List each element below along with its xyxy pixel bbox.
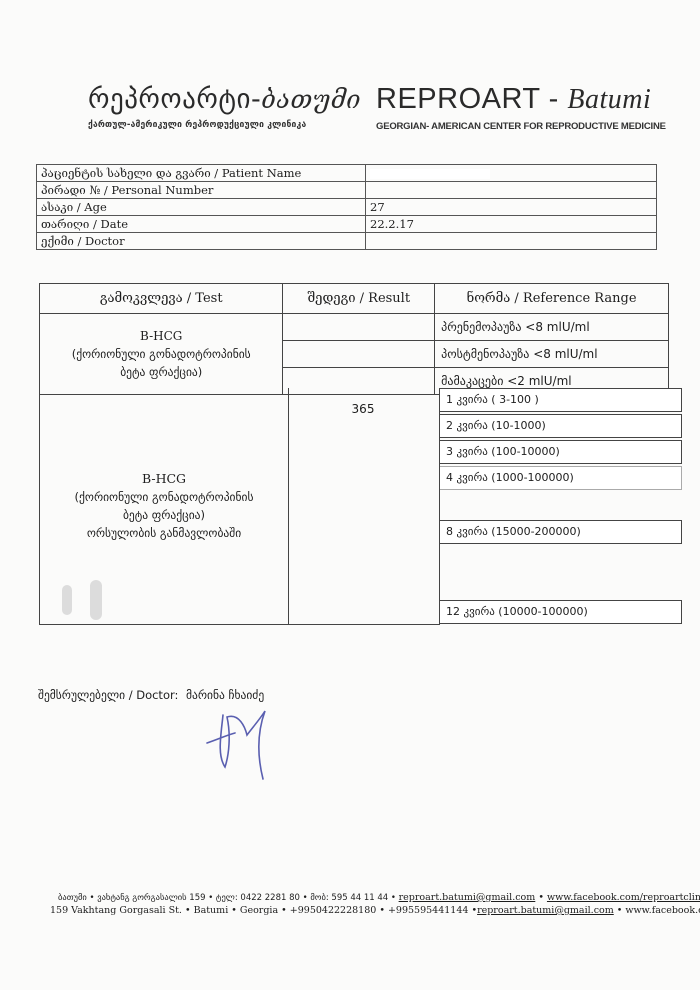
patient-name-row: პაციენტის სახელი და გვარი / Patient Name <box>37 165 657 182</box>
test-cell-bhcg-pregnancy: B-HCG (ქორიონული გონადოტროპინის ბეტა ფრა… <box>39 388 289 625</box>
footer-facebook-link[interactable]: www.facebook.com/reproartclinic <box>547 892 700 903</box>
footer-address-ka: ბათუმი • ვახტანგ გორგასალის 159 • ტელ: 0… <box>58 893 399 903</box>
test-desc: ორსულობის განმავლობაში <box>75 524 254 542</box>
performed-by: შემსრულებელი / Doctor: მარინა ჩხაიძე <box>38 688 264 702</box>
personal-number-label: პირადი № / Personal Number <box>37 182 366 199</box>
date-label: თარიღი / Date <box>37 216 366 233</box>
header-test: გამოკვლევა / Test <box>40 284 283 314</box>
ink-smudge <box>90 580 102 620</box>
footer-email-link[interactable]: reproart.batumi@gmail.com <box>399 892 536 903</box>
range-cell: პოსტმენოპაუზა <8 mlU/ml <box>435 341 669 368</box>
doctor-value <box>366 233 657 250</box>
result-value: 365 <box>287 388 439 416</box>
range-cell: პრენემოპაუზა <8 mlU/ml <box>435 314 669 341</box>
patient-name-label: პაციენტის სახელი და გვარი / Patient Name <box>37 165 366 182</box>
test-desc: (ქორიონული გონადოტროპინის <box>75 488 254 506</box>
range-week-8: 8 კვირა (15000-200000) <box>440 520 682 544</box>
table-row: B-HCG (ქორიონული გონადოტროპინის ბეტა ფრა… <box>40 314 669 341</box>
logo-english: REPROART - Batumi <box>376 83 651 116</box>
range-week-3: 3 კვირა (100-10000) <box>440 440 682 464</box>
range-week-12: 12 კვირა (10000-100000) <box>440 600 682 624</box>
footer-facebook-link[interactable]: www.facebook.com/reproartclinic <box>625 905 700 916</box>
handwritten-signature <box>205 705 275 785</box>
range-week-2: 2 კვირა (10-1000) <box>440 414 682 438</box>
logo-georgian-main: რეპროარტი- <box>88 84 261 115</box>
test-desc: (ქორიონული გონადოტროპინის <box>41 345 281 363</box>
logo-english-city: Batumi <box>567 84 651 115</box>
header-result: შედეგი / Result <box>283 284 435 314</box>
range-week-1: 1 კვირა ( 3-100 ) <box>440 388 682 412</box>
subtitle-georgian: ქართულ-ამერიკული რეპროდუქციული კლინიკა <box>88 120 306 130</box>
test-desc: ბეტა ფრაქცია) <box>75 506 254 524</box>
result-cell <box>283 341 435 368</box>
pregnancy-block: B-HCG (ქორიონული გონადოტროპინის ბეტა ფრა… <box>39 388 669 626</box>
footer-address-en: 159 Vakhtang Gorgasali St. • Batumi • Ge… <box>50 905 477 916</box>
result-cell <box>283 314 435 341</box>
age-value: 27 <box>366 199 657 216</box>
performed-by-label: შემსრულებელი / Doctor: <box>38 688 178 702</box>
results-table: გამოკვლევა / Test შედეგი / Result ნორმა … <box>39 283 669 395</box>
redacted-name <box>370 169 490 179</box>
ink-smudge <box>62 585 72 615</box>
range-week-4: 4 კვირა (1000-100000) <box>440 466 682 490</box>
personal-number-value <box>366 182 657 199</box>
test-name: B-HCG <box>41 327 281 345</box>
footer-line-georgian: ბათუმი • ვახტანგ გორგასალის 159 • ტელ: 0… <box>58 892 700 903</box>
performed-by-name: მარინა ჩხაიძე <box>186 688 264 702</box>
footer-separator: • <box>535 892 547 903</box>
date-row: თარიღი / Date 22.2.17 <box>37 216 657 233</box>
age-row: ასაკი / Age 27 <box>37 199 657 216</box>
date-value: 22.2.17 <box>366 216 657 233</box>
test-cell-bhcg: B-HCG (ქორიონული გონადოტროპინის ბეტა ფრა… <box>40 314 283 395</box>
personal-number-row: პირადი № / Personal Number <box>37 182 657 199</box>
footer-separator: • <box>614 905 626 916</box>
patient-name-value <box>366 165 657 182</box>
test-desc: ბეტა ფრაქცია) <box>41 363 281 381</box>
results-header-row: გამოკვლევა / Test შედეგი / Result ნორმა … <box>40 284 669 314</box>
header-range: ნორმა / Reference Range <box>435 284 669 314</box>
logo-georgian: რეპროარტი-ბათუმი <box>88 84 361 115</box>
result-cell-pregnancy: 365 <box>287 388 440 625</box>
age-label: ასაკი / Age <box>37 199 366 216</box>
subtitle-english: GEORGIAN- AMERICAN CENTER FOR REPRODUCTI… <box>376 121 666 132</box>
test-name: B-HCG <box>75 470 254 488</box>
logo-english-main: REPROART - <box>376 83 567 115</box>
footer-email-link[interactable]: reproart.batumi@gmail.com <box>477 905 614 916</box>
footer-line-english: 159 Vakhtang Gorgasali St. • Batumi • Ge… <box>50 905 700 916</box>
logo-georgian-city: ბათუმი <box>261 85 361 114</box>
doctor-label: ექიმი / Doctor <box>37 233 366 250</box>
patient-info-table: პაციენტის სახელი და გვარი / Patient Name… <box>36 164 657 250</box>
doctor-row: ექიმი / Doctor <box>37 233 657 250</box>
